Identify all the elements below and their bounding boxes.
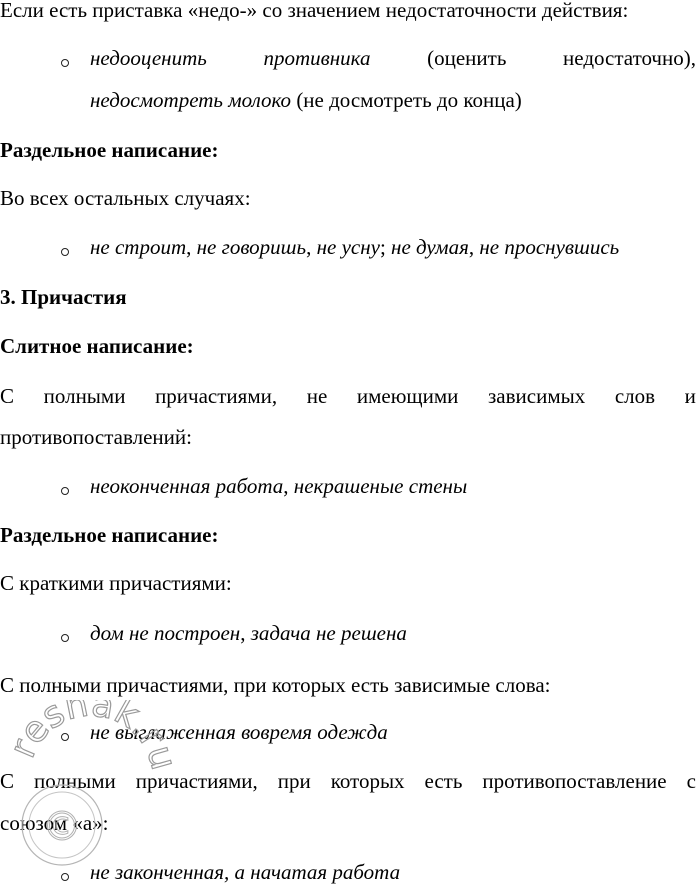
bullet-item-nedo-line2: недосмотреть молоко (не досмотреть до ко… [90, 85, 696, 115]
punctuation: , [306, 235, 317, 259]
punctuation: , [240, 621, 251, 645]
bullet-circle-icon [61, 248, 69, 256]
example-italic: дом не построен [90, 621, 240, 645]
bullet-item-nedo-line1: недооценитьпротивника(оценитьнедостаточн… [90, 43, 696, 73]
intro-paragraph: Если есть приставка «недо-» со значением… [0, 0, 696, 25]
punctuation: , [186, 235, 197, 259]
word: не [307, 381, 328, 411]
bullet-circle-icon [61, 487, 69, 495]
bullet-circle-icon [61, 634, 69, 642]
example-italic: неоконченная работа [90, 474, 283, 498]
word: которых [331, 766, 405, 796]
bullet-item-work: не законченная, а начатая работа [90, 857, 696, 884]
paragraph-opposition-line2: союзом «а»: [0, 808, 696, 838]
paragraph-dependent-words: С полными причастиями, при которых есть … [0, 670, 696, 700]
example-italic: не проснувшись [479, 235, 619, 259]
bullet-item-clothes: не выглаженная вовремя одежда [90, 717, 696, 747]
section-title-participles: 3. Причастия [0, 282, 696, 312]
paragraph-full-participles-line2: противопоставлений: [0, 422, 696, 452]
word: противопоставление [482, 766, 666, 796]
word: причастиями, [136, 766, 258, 796]
word: при [278, 766, 311, 796]
bullet-item-house: дом не построен, задача не решена [90, 618, 696, 648]
word: недостаточно), [563, 43, 696, 73]
word: С [0, 381, 14, 411]
word: имеющими [357, 381, 458, 411]
example-italic: задача не решена [251, 621, 407, 645]
bullet-circle-icon [61, 733, 69, 741]
word: недооценить [90, 43, 207, 73]
example-italic: не строит [90, 235, 186, 259]
word: полными [34, 766, 116, 796]
word: слов [615, 381, 655, 411]
bullet-circle-icon [61, 873, 69, 881]
paragraph-short-participles: С краткими причастиями: [0, 568, 696, 598]
word: и [685, 381, 696, 411]
example-italic: не говоришь [197, 235, 306, 259]
paragraph-opposition-line1: Сполнымипричастиями,прикоторыхестьпротив… [0, 766, 696, 796]
example-explanation: (не досмотреть до конца) [291, 88, 522, 112]
word: противника [263, 43, 370, 73]
example-italic: не усну [317, 235, 380, 259]
paragraph-full-participles-line1: Сполнымипричастиями,неимеющимизависимыхс… [0, 381, 696, 411]
example-italic: некрашеные стены [294, 474, 467, 498]
word: полными [44, 381, 126, 411]
word: причастиями, [155, 381, 277, 411]
example-italic: недосмотреть молоко [90, 88, 291, 112]
heading-separate-writing-2: Раздельное написание: [0, 520, 696, 550]
heading-separate-writing: Раздельное написание: [0, 135, 696, 165]
word: зависимых [488, 381, 585, 411]
word: С [0, 766, 14, 796]
bullet-item-verbs: не строит, не говоришь, не усну; не дума… [90, 232, 696, 262]
word: есть [425, 766, 463, 796]
bullet-item-unfinished-work: неоконченная работа, некрашеные стены [90, 471, 696, 501]
punctuation: ; [380, 235, 391, 259]
paragraph-other-cases: Во всех остальных случаях: [0, 183, 696, 213]
word: (оценить [427, 43, 506, 73]
punctuation: , [469, 235, 480, 259]
example-italic: не думая [391, 235, 469, 259]
bullet-circle-icon [61, 59, 69, 67]
heading-joint-writing: Слитное написание: [0, 331, 696, 361]
punctuation: , [283, 474, 294, 498]
word: с [687, 766, 696, 796]
